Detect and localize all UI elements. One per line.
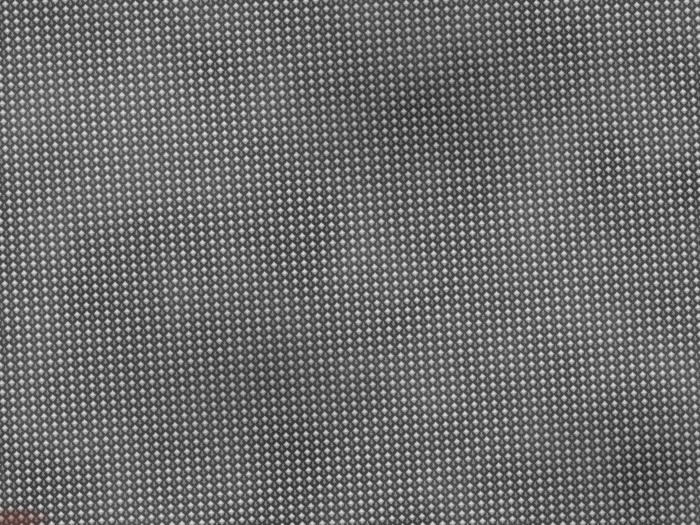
knit-pattern — [0, 0, 700, 525]
fabric-texture-photo — [0, 0, 700, 525]
